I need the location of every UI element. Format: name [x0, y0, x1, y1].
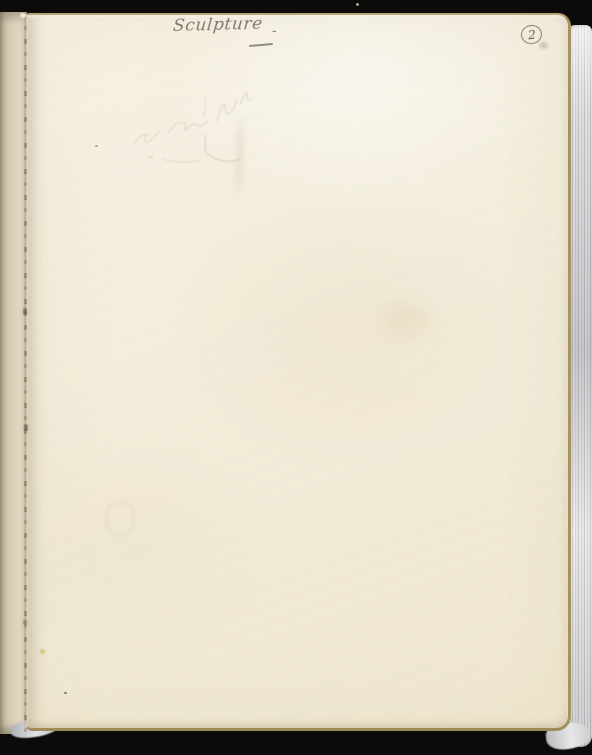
faint-stain	[383, 303, 429, 337]
sketchbook-photograph: Sculpture - 2	[0, 0, 592, 755]
stitch-mark	[23, 308, 27, 315]
faint-loop-smudge	[105, 502, 135, 536]
pencil-smudge	[539, 42, 548, 49]
stitch-mark	[23, 620, 27, 625]
book-spine-strip	[0, 12, 27, 734]
foxing-spot	[40, 649, 45, 654]
handwritten-title: Sculpture	[172, 14, 264, 36]
stitch-mark	[24, 424, 28, 431]
title-underline-stroke	[249, 43, 273, 47]
offset-pencil-marks	[113, 77, 303, 187]
gutter-top-notch	[20, 13, 27, 18]
dark-speck	[64, 692, 67, 694]
folio-number: 2	[527, 27, 536, 41]
title-trailing-mark: -	[272, 23, 277, 39]
dust-speck	[356, 3, 359, 6]
dark-speck	[95, 145, 98, 147]
sketchbook-page: Sculpture - 2	[26, 13, 571, 731]
